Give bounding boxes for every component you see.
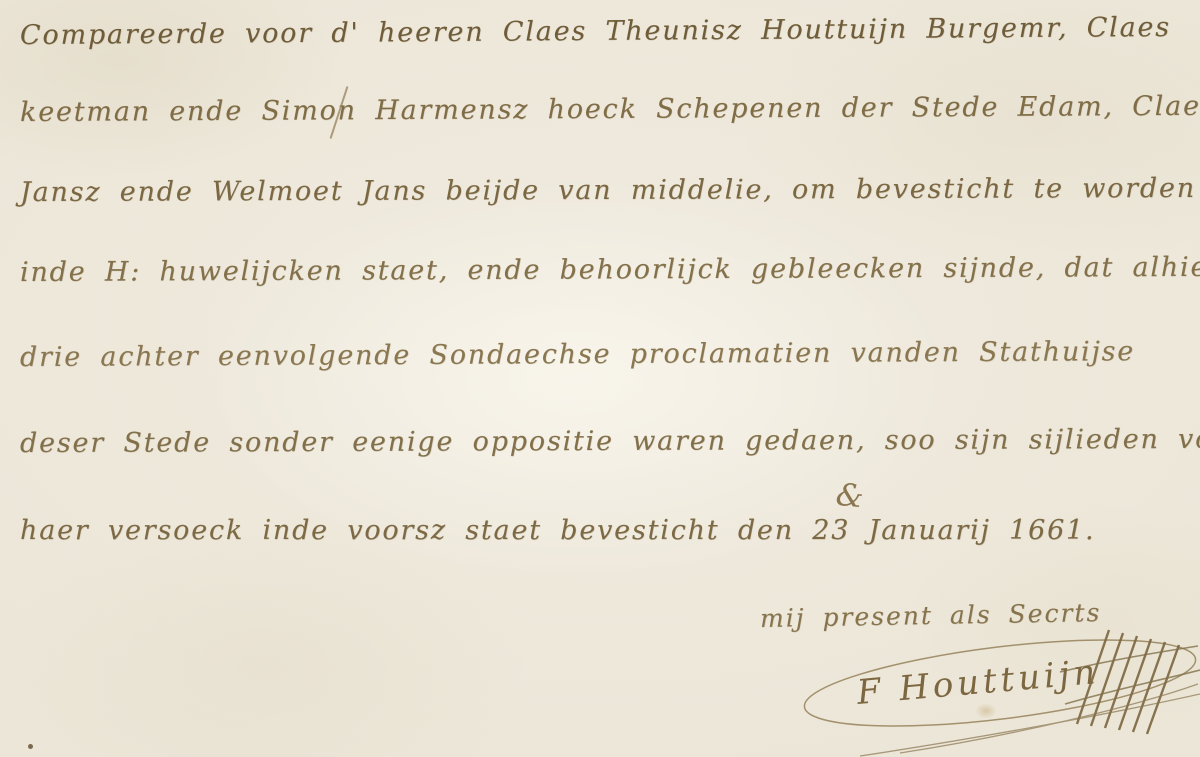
- manuscript-page: Compareerde voor d' heeren Claes Theunis…: [0, 0, 1200, 757]
- ink-speck: [28, 744, 33, 749]
- signature-block: F Houttuijn: [560, 620, 1200, 757]
- insertion-flourish: &: [834, 477, 865, 516]
- manuscript-line-5: drie achter eenvolgende Sondaechse procl…: [20, 336, 1135, 373]
- ink-stain: [975, 703, 997, 719]
- manuscript-line-6: deser Stede sonder eenige oppositie ware…: [20, 424, 1200, 459]
- manuscript-line-1: Compareerde voor d' heeren Claes Theunis…: [20, 12, 1171, 51]
- manuscript-line-3: Jansz ende Welmoet Jans beijde van midde…: [20, 173, 1196, 208]
- manuscript-line-4: inde H: huwelijcken staet, ende behoorli…: [20, 252, 1200, 288]
- manuscript-line-2: keetman ende Simon Harmensz hoeck Schepe…: [20, 91, 1200, 128]
- signature-text: F Houttuijn: [854, 652, 1101, 713]
- manuscript-line-7: haer versoeck inde voorsz staet bevestic…: [20, 515, 1095, 546]
